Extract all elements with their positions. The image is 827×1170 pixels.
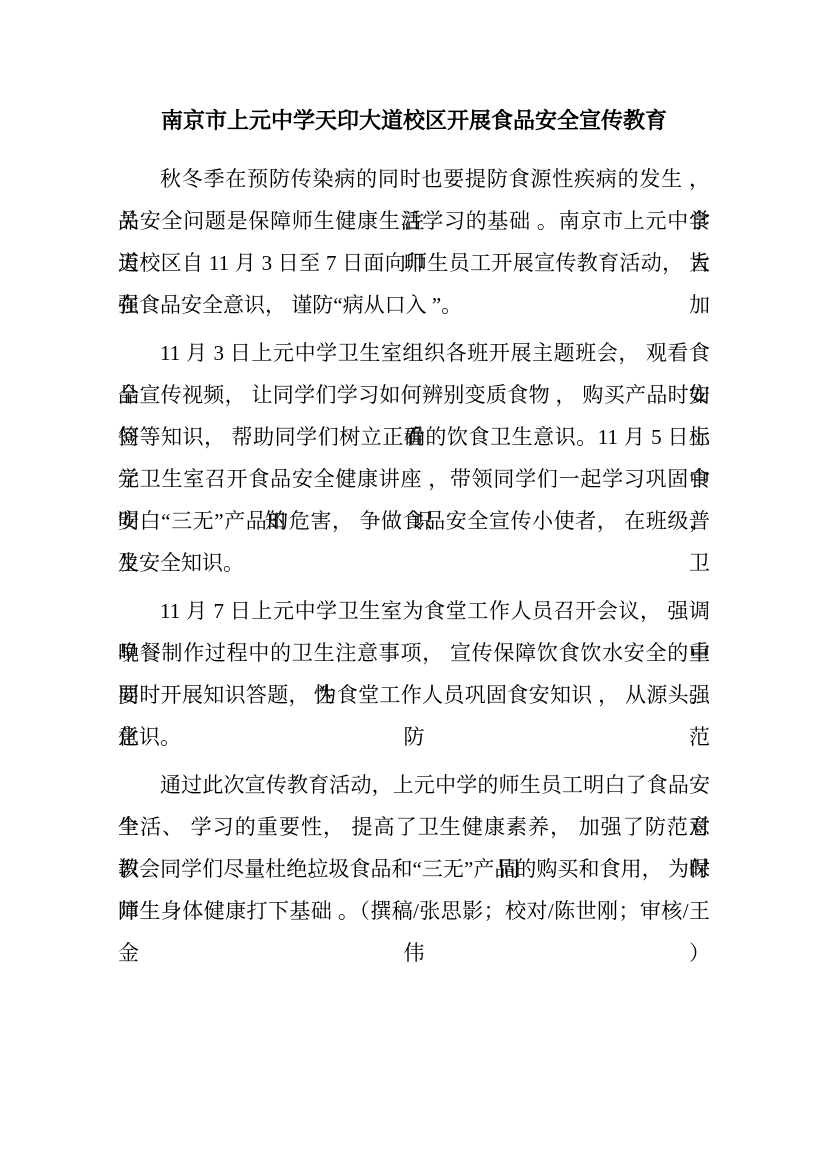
text-line: 明白“三无”产品的危害， 争做食品安全宣传小使者， 在班级普及卫 — [118, 500, 710, 542]
text-line: 生活、 学习的重要性， 提高了卫生健康素养， 加强了防范意识。同时 — [118, 806, 710, 848]
text-line: 通过此次宣传教育活动，上元中学的师生员工明白了食品安全对 — [118, 764, 710, 806]
text-line: 全宣传视频， 让同学们学习如何辨别变质食物 ， 购买产品时如何看标 — [118, 374, 710, 416]
text-line: 品安全问题是保障师生健康生活学习的基础 。南京市上元中学天印大 — [118, 200, 710, 242]
document-page: 南京市上元中学天印大道校区开展食品安全宣传教育 秋冬季在预防传染病的同时也要提防… — [0, 0, 827, 1170]
text-line: 秋冬季在预防传染病的同时也要提防食源性疾病的发生 ，关注食 — [118, 158, 710, 200]
text-line: 同时开展知识答题， 为食堂工作人员巩固食安知识 ， 从源头强化防范 — [118, 674, 710, 716]
text-line: 签等知识， 帮助同学们树立正确的饮食卫生意识。11 月 5 日上元中 — [118, 416, 710, 458]
document-title: 南京市上元中学天印大道校区开展食品安全宣传教育 — [118, 100, 710, 142]
text-line: 教会同学们尽量杜绝垃圾食品和“三无”产品的购买和食用， 为保障 — [118, 848, 710, 890]
text-line: 11 月 3 日上元中学卫生室组织各班开展主题班会， 观看食品安 — [118, 332, 710, 374]
paragraph: 11 月 7 日上元中学卫生室为食堂工作人员召开会议， 强调早中晚餐制作过程中的… — [118, 590, 710, 758]
text-line: 学卫生室召开食品安全健康讲座 ，带领同学们一起学习巩固食安知识 ， — [118, 458, 710, 500]
paragraph: 秋冬季在预防传染病的同时也要提防食源性疾病的发生 ，关注食品安全问题是保障师生健… — [118, 158, 710, 326]
text-line: 道校区自 11 月 3 日至 7 日面向师生员工开展宣传教育活动， 旨在加 — [118, 242, 710, 284]
paragraph: 通过此次宣传教育活动，上元中学的师生员工明白了食品安全对生活、 学习的重要性， … — [118, 764, 710, 932]
document-body: 秋冬季在预防传染病的同时也要提防食源性疾病的发生 ，关注食品安全问题是保障师生健… — [118, 158, 710, 932]
text-line: 晚餐制作过程中的卫生注意事项， 宣传保障饮食饮水安全的重要性 。 — [118, 632, 710, 674]
text-line: 11 月 7 日上元中学卫生室为食堂工作人员召开会议， 强调早中 — [118, 590, 710, 632]
paragraph: 11 月 3 日上元中学卫生室组织各班开展主题班会， 观看食品安全宣传视频， 让… — [118, 332, 710, 584]
text-line: 师生身体健康打下基础 。（撰稿/张思影；校对/陈世刚；审核/王金伟） — [118, 890, 710, 932]
